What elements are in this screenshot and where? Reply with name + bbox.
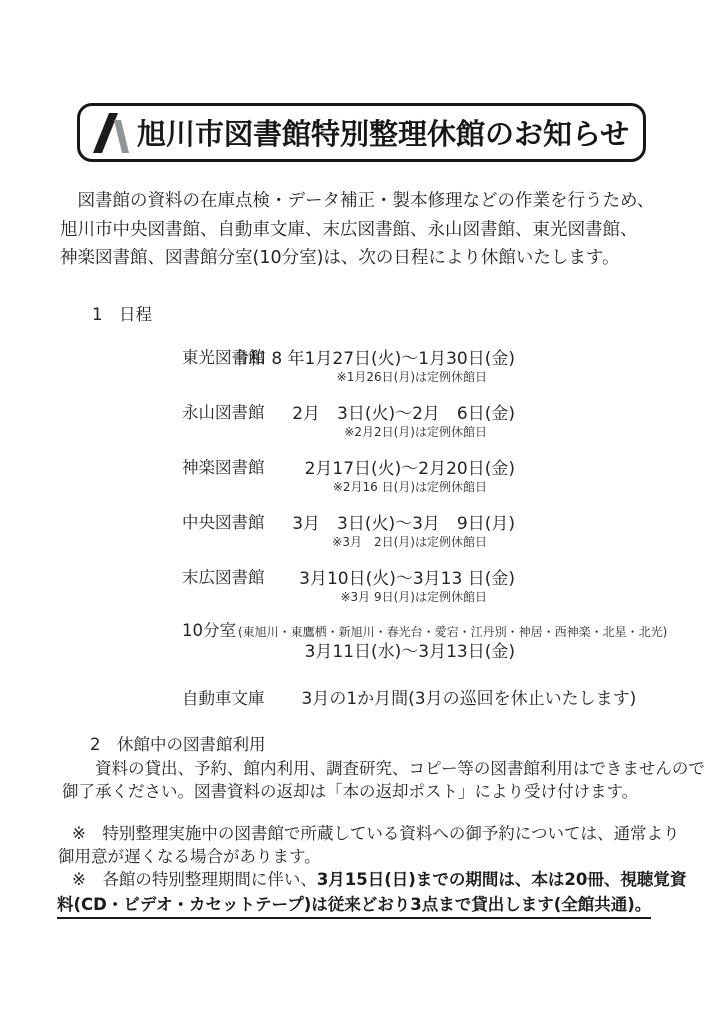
closure-note: ※1月26日(月)は定例休館日 [182,368,487,385]
library-name: 自動車文庫 [182,689,265,708]
closure-period: 3月10日(火)～3月13 日(金) [182,564,515,589]
title-box: 旭川市図書館特別整理休館のお知らせ [77,103,646,162]
lending-note-underlined: 料(CD・ビデオ・カセットテープ)は従来どおり3点まで貸出します(全館共通)。 [57,891,651,919]
closure-period: 3月 3日(火)～3月 9日(月) [182,509,515,534]
intro-line-3: 神楽図書館、図書館分室(10分室)は、次の日程により休館いたします。 [60,244,620,272]
asahikawa-logo-icon [89,112,133,154]
logo-right-stroke [114,120,129,153]
usage-heading: 2 休館中の図書館利用 [90,731,266,755]
closure-note: ※3月 2日(月)は定例休館日 [182,533,487,550]
closure-note: ※3月 9日(月)は定例休館日 [182,588,487,605]
closure-period: 2月 3日(火)～2月 6日(金) [182,399,515,424]
reservation-note-line-1: ※ 特別整理実施中の図書館で所蔵している資料への御予約については、通常より [72,820,680,844]
lending-note-line-2: 料(CD・ビデオ・カセットテープ)は従来どおり3点まで貸出します(全館共通)。 [57,891,651,919]
intro-line-2: 旭川市中央図書館、自動車文庫、末広図書館、永山図書館、東光図書館、 [60,216,638,244]
notice-document: 旭川市図書館特別整理休館のお知らせ 図書館の資料の在庫点検・データ補正・製本修理… [0,0,723,1024]
closure-note: ※2月16 日(月)は定例休館日 [182,478,487,495]
schedule-heading: 1 日程 [92,301,152,325]
lending-note-bold: 3月15日(日)までの期間は、本は20冊、視聴覚資 [317,870,687,889]
page-title: 旭川市図書館特別整理休館のお知らせ [137,112,629,153]
closure-period: 2月17日(火)～2月20日(金) [182,454,515,479]
closure-period: 3月11日(水)～3月13日(金) [182,637,515,662]
closure-note: ※2月2日(月)は定例休館日 [182,423,487,440]
usage-line-2: 御了承ください。図書資料の返却は「本の返却ポスト」により受け付けます。 [62,778,638,802]
closure-period: 令和 8 年1月27日(火)～1月30日(金) [182,344,515,369]
logo-left-stroke [93,113,118,153]
intro-line-1: 図書館の資料の在庫点検・データ補正・製本修理などの作業を行うため、 [60,187,654,215]
lending-note-line-1: ※ 各館の特別整理期間に伴い、3月15日(日)までの期間は、本は20冊、視聴覚資 [72,866,686,890]
closure-period: 3月の1か月間(3月の巡回を休止いたします) [302,689,637,709]
schedule-row-mobile: 自動車文庫3月の1か月間(3月の巡回を休止いたします) [182,684,636,709]
lending-note-prefix: ※ 各館の特別整理期間に伴い、 [72,870,317,889]
reservation-note-line-2: 御用意が遅くなる場合があります。 [58,843,321,867]
usage-line-1: 資料の貸出、予約、館内利用、調査研究、コピー等の図書館利用はできませんので [62,755,705,779]
